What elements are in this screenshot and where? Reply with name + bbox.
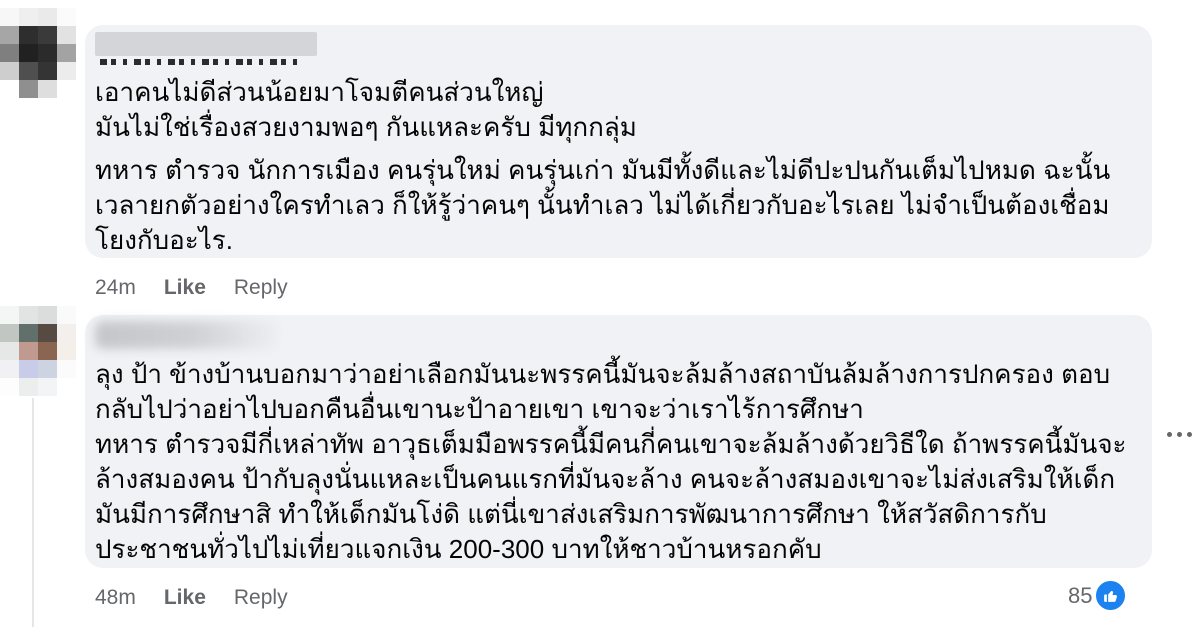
avatar[interactable] [0, 306, 76, 396]
reply-button[interactable]: Reply [234, 276, 288, 300]
reaction-count: 85 [1068, 583, 1092, 609]
ellipsis-dot [1167, 432, 1172, 437]
reply-button[interactable]: Reply [234, 586, 288, 610]
ellipsis-dot [1177, 432, 1182, 437]
comment-bubble: เอาคนไม่ดีส่วนน้อยมาโจมตีคนส่วนใหญ่ มันไ… [85, 25, 1152, 258]
comment-timestamp[interactable]: 48m [95, 586, 136, 610]
comment-actions: 24m Like Reply [95, 276, 288, 300]
comment-thread: เอาคนไม่ดีส่วนน้อยมาโจมตีคนส่วนใหญ่ มันไ… [0, 0, 1200, 627]
redacted-author-name[interactable] [95, 321, 277, 349]
like-button[interactable]: Like [164, 586, 206, 610]
comment-timestamp[interactable]: 24m [95, 276, 136, 300]
redacted-author-name-remnant [100, 59, 300, 65]
comment-actions: 48m Like Reply [95, 586, 288, 610]
reply-thread-line [32, 398, 34, 627]
thumbs-up-icon [1095, 580, 1126, 611]
comment-text: ทหาร ตำรวจ นักการเมือง คนรุ่นใหม่ คนรุ่น… [95, 153, 1136, 258]
ellipsis-icon[interactable] [1156, 419, 1200, 449]
ellipsis-dot [1187, 432, 1192, 437]
reaction-summary[interactable]: 85 [1068, 580, 1126, 611]
redacted-author-name[interactable] [95, 32, 317, 56]
comment-text: เอาคนไม่ดีส่วนน้อยมาโจมตีคนส่วนใหญ่ มันไ… [95, 75, 1136, 145]
comment-text: ลุง ป้า ข้างบ้านบอกมาว่าอย่าเลือกมันนะพร… [95, 357, 1136, 567]
like-button[interactable]: Like [164, 276, 206, 300]
comment-bubble: ลุง ป้า ข้างบ้านบอกมาว่าอย่าเลือกมันนะพร… [85, 315, 1152, 568]
avatar[interactable] [0, 8, 76, 98]
